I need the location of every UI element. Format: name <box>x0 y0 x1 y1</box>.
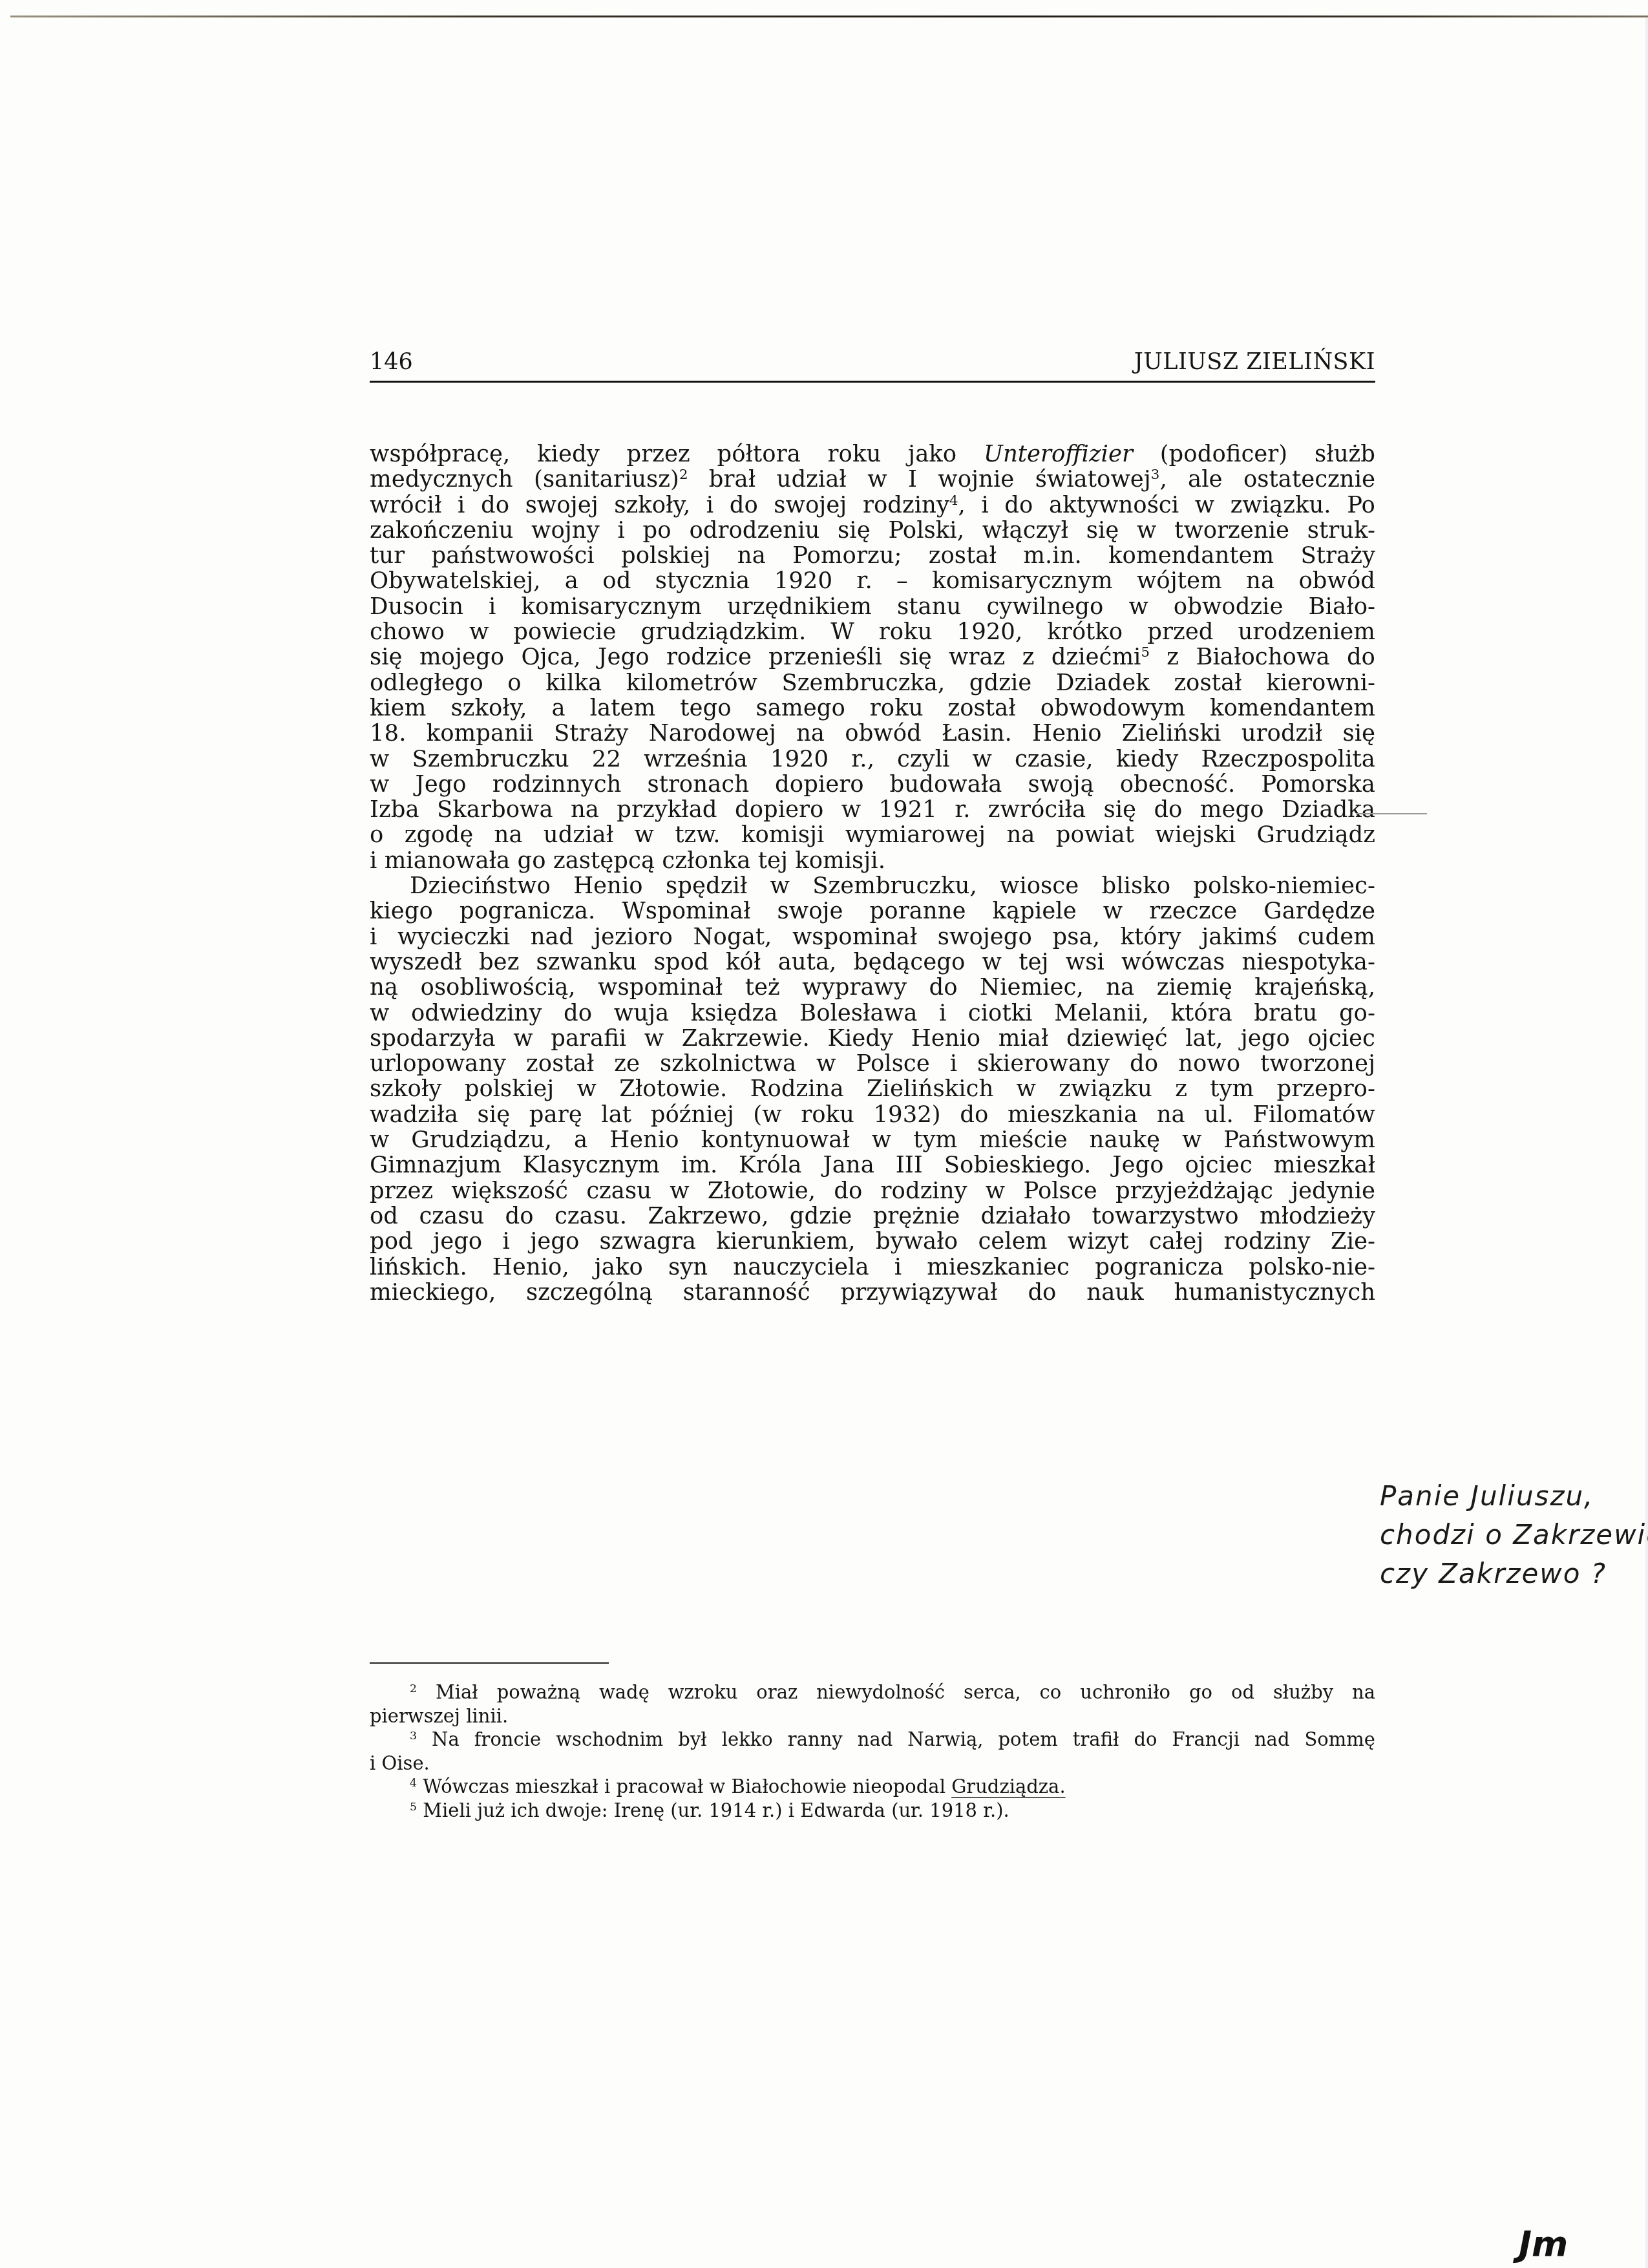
page-number: 146 <box>370 348 413 376</box>
text-line: pod jego i jego szwagra kierunkiem, bywa… <box>370 1229 1375 1254</box>
footnote-rule <box>370 1662 609 1664</box>
footnote-ref: 5 <box>1141 645 1150 661</box>
scan-edge-right <box>1645 18 1648 2268</box>
text-line: 18. kompanii Straży Narodowej na obwód Ł… <box>370 721 1375 746</box>
text-line: współpracę, kiedy przez półtora roku jak… <box>370 441 1375 467</box>
text-line: się mojego Ojca, Jego rodzice przenieśli… <box>370 644 1375 670</box>
footnote-ref: 4 <box>949 493 958 509</box>
handwritten-line: chodzi o Zakrzewie <box>1380 1516 1648 1554</box>
footnote-3: 3 Na froncie wschodnim był lekko ranny n… <box>370 1728 1375 1752</box>
text-line: i mianowała go zastępcą członka tej komi… <box>370 848 1375 873</box>
text-line: kiem szkoły, a latem tego samego roku zo… <box>370 695 1375 721</box>
text-line: przez większość czasu w Złotowie, do rod… <box>370 1178 1375 1203</box>
text-line: i wycieczki nad jezioro Nogat, wspominał… <box>370 924 1375 949</box>
footnote-3-continuation: i Oise. <box>370 1752 1375 1775</box>
footnotes: 2 Miał poważną wadę wzroku oraz niewydol… <box>370 1680 1375 1822</box>
text-line: Dusocin i komisarycznym urzędnikiem stan… <box>370 594 1375 619</box>
text-line: w Grudziądzu, a Henio kontynuował w tym … <box>370 1127 1375 1152</box>
text-line: Dzieciństwo Henio spędził w Szembruczku,… <box>370 873 1375 898</box>
text-line: szkoły polskiej w Złotowie. Rodzina Ziel… <box>370 1076 1375 1101</box>
text-line: Izba Skarbowa na przykład dopiero w 1921… <box>370 797 1375 822</box>
text-line: mieckiego, szczególną staranność przywią… <box>370 1280 1375 1305</box>
pencil-mark <box>1356 813 1427 814</box>
footnote-ref: 2 <box>679 467 688 483</box>
handwritten-initials: Jm <box>1519 2223 1568 2264</box>
text-line: od czasu do czasu. Zakrzewo, gdzie prężn… <box>370 1203 1375 1229</box>
text-line: odległego o kilka kilometrów Szembruczka… <box>370 670 1375 695</box>
footnote-2: 2 Miał poważną wadę wzroku oraz niewydol… <box>370 1680 1375 1704</box>
text-line: w Jego rodzinnych stronach dopiero budow… <box>370 772 1375 797</box>
handwritten-line: Panie Juliuszu, <box>1380 1477 1648 1516</box>
text-line: urlopowany został ze szkolnictwa w Polsc… <box>370 1051 1375 1076</box>
text-line: ną osobliwością, wspominał też wyprawy d… <box>370 975 1375 1000</box>
text-line: Obywatelskiej, a od stycznia 1920 r. – k… <box>370 568 1375 593</box>
text-line: o zgodę na udział w tzw. komisji wymiaro… <box>370 822 1375 847</box>
footnote-4: 4 Wówczas mieszkał i pracował w Białocho… <box>370 1775 1375 1799</box>
running-head-author: JULIUSZ ZIELIŃSKI <box>1134 348 1375 376</box>
body-text: współpracę, kiedy przez półtora roku jak… <box>370 441 1375 1305</box>
text-line: w Szembruczku 22 września 1920 r., czyli… <box>370 747 1375 772</box>
text-line: medycznych (sanitariusz)2 brał udział w … <box>370 467 1375 492</box>
header-rule <box>370 381 1375 383</box>
running-head: 146 JULIUSZ ZIELIŃSKI <box>370 348 1375 376</box>
text-line: kiego pogranicza. Wspominał swoje porann… <box>370 898 1375 924</box>
scan-edge-top <box>10 16 1648 17</box>
text-line: wyszedł bez szwanku spod kół auta, będąc… <box>370 949 1375 975</box>
handwritten-line: czy Zakrzewo ? <box>1380 1554 1648 1593</box>
text-line: Gimnazjum Klasycznym im. Króla Jana III … <box>370 1152 1375 1178</box>
footnote-2-continuation: pierwszej linii. <box>370 1704 1375 1728</box>
text-line: spodarzyła w parafii w Zakrzewie. Kiedy … <box>370 1026 1375 1051</box>
text-line: wrócił i do swojej szkoły, i do swojej r… <box>370 493 1375 518</box>
text-line: tur państwowości polskiej na Pomorzu; zo… <box>370 543 1375 568</box>
text-line: zakończeniu wojny i po odrodzeniu się Po… <box>370 518 1375 543</box>
handwritten-margin-note: Panie Juliuszu,chodzi o Zakrzewieczy Zak… <box>1380 1477 1648 1593</box>
footnote-ref: 3 <box>1151 467 1160 483</box>
text-line: chowo w powiecie grudziądzkim. W roku 19… <box>370 619 1375 644</box>
footnote-5: 5 Mieli już ich dwoje: Irenę (ur. 1914 r… <box>370 1799 1375 1823</box>
text-line: w odwiedziny do wuja księdza Bolesława i… <box>370 1001 1375 1026</box>
text-line: lińskich. Henio, jako syn nauczyciela i … <box>370 1255 1375 1280</box>
text-line: wadziła się parę lat później (w roku 193… <box>370 1102 1375 1127</box>
